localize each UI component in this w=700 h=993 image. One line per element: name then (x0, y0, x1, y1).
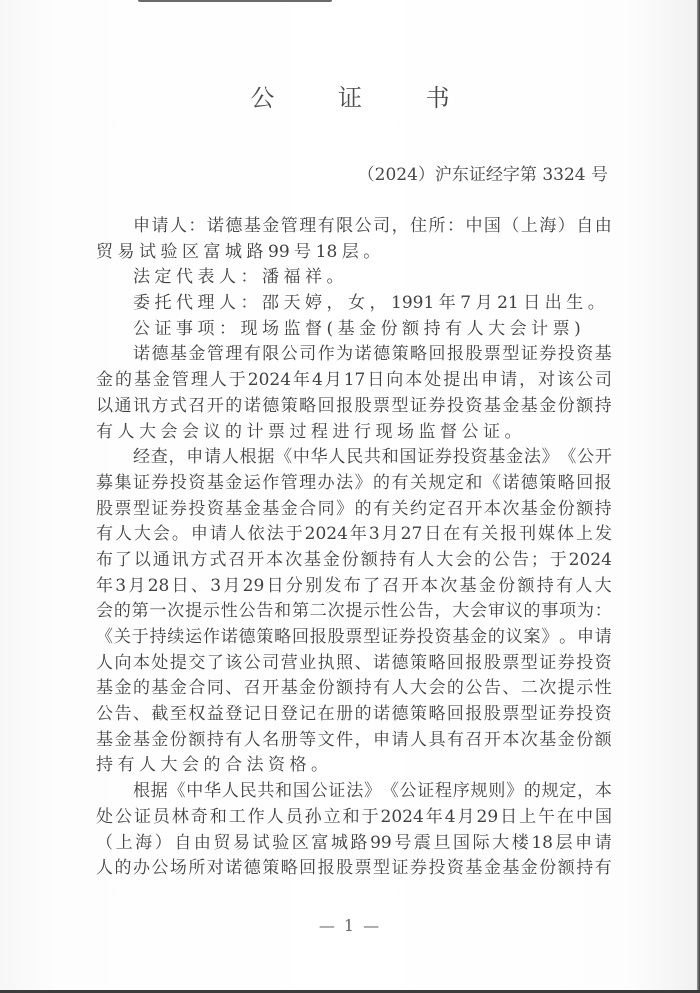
document-number: （2024）沪东证经字第 3324 号 (358, 160, 608, 185)
text-line: 申请人：诺德基金管理有限公司，住所：中国（上海）自由 (96, 214, 612, 240)
text-line: 持有人大会的合法资格。 (96, 753, 612, 779)
text-line: 《关于持续运作诺德策略回报股票型证券投资基金的议案》。申请 (96, 625, 612, 651)
text-line: 处公证员林奇和工作人员孙立和于2024年4月29日上午在中国 (96, 805, 612, 831)
text-line: 股票型证券投资基金基金合同》的有关约定召开本次基金份额持 (96, 497, 612, 523)
text-line: 根据《中华人民共和国公证法》《公证程序规则》的规定，本 (96, 779, 612, 805)
paragraph: 公证事项：现场监督(基金份额持有人大会计票) (96, 317, 612, 343)
text-line: 委托代理人：邵天婷，女，1991年7月21日出生。 (96, 291, 612, 317)
text-line: 基金的基金合同、召开基金份额持有人大会的公告、二次提示性 (96, 676, 612, 702)
text-line: 诺德基金管理有限公司作为诺德策略回报股票型证券投资基 (96, 342, 612, 368)
text-line: 布了以通讯方式召开本次基金份额持有人大会的公告；于2024 (96, 548, 612, 574)
text-line: 募集证券投资基金运作管理办法》的有关规定和《诺德策略回报 (96, 471, 612, 497)
document-title: 公 证 书 (0, 78, 700, 113)
text-line: 会的第一次提示性公告和第二次提示性公告，大会审议的事项为： (96, 599, 612, 625)
paragraph: 经查，申请人根据《中华人民共和国证券投资基金法》《公开募集证券投资基金运作管理办… (96, 445, 612, 779)
paragraph: 法定代表人：潘福祥。 (96, 265, 612, 291)
text-line: 以通讯方式召开的诺德策略回报股票型证券投资基金基金份额持 (96, 394, 612, 420)
text-line: （上海）自由贸易试验区富城路99号震旦国际大楼18层申请 (96, 831, 612, 857)
text-line: 年3月28日、3月29日分别发布了召开本次基金份额持有人大 (96, 574, 612, 600)
paragraph: 委托代理人：邵天婷，女，1991年7月21日出生。 (96, 291, 612, 317)
text-line: 经查，申请人根据《中华人民共和国证券投资基金法》《公开 (96, 445, 612, 471)
scan-top-edge (138, 0, 332, 2)
page-number: — 1 — (0, 916, 700, 935)
text-line: 有人大会。申请人依法于2024年3月27日在有关报刊媒体上发 (96, 522, 612, 548)
paragraph: 申请人：诺德基金管理有限公司，住所：中国（上海）自由贸易试验区富城路99号18层… (96, 214, 612, 265)
text-line: 人的办公场所对诺德策略回报股票型证券投资基金基金份额持有 (96, 856, 612, 882)
document-body: 申请人：诺德基金管理有限公司，住所：中国（上海）自由贸易试验区富城路99号18层… (96, 214, 612, 882)
text-line: 人向本处提交了该公司营业执照、诺德策略回报股票型证券投资 (96, 651, 612, 677)
text-line: 贸易试验区富城路99号18层。 (96, 240, 612, 266)
text-line: 公证事项：现场监督(基金份额持有人大会计票) (96, 317, 612, 343)
text-line: 有人大会会议的计票过程进行现场监督公证。 (96, 420, 612, 446)
text-line: 公告、截至权益登记日登记在册的诺德策略回报股票型证券投资 (96, 702, 612, 728)
text-line: 基金基金份额持有人名册等文件，申请人具有召开本次基金份额 (96, 728, 612, 754)
paragraph: 诺德基金管理有限公司作为诺德策略回报股票型证券投资基金的基金管理人于2024年4… (96, 342, 612, 445)
text-line: 金的基金管理人于2024年4月17日向本处提出申请，对该公司 (96, 368, 612, 394)
text-line: 法定代表人：潘福祥。 (96, 265, 612, 291)
paragraph: 根据《中华人民共和国公证法》《公证程序规则》的规定，本处公证员林奇和工作人员孙立… (96, 779, 612, 882)
